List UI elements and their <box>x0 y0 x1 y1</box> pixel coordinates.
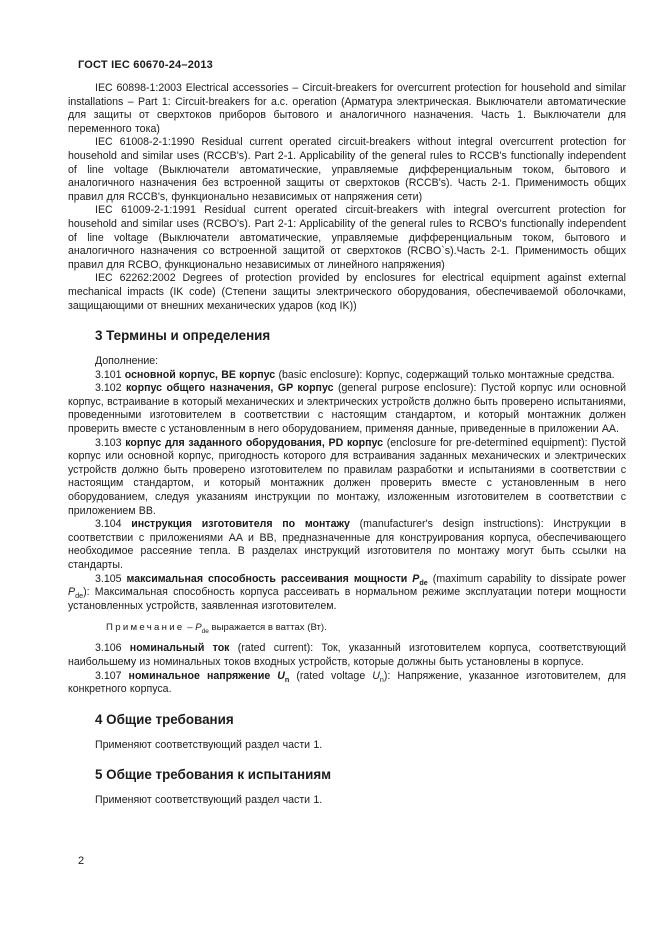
text-run: U <box>372 670 380 682</box>
text-run: 3.106 <box>95 642 130 654</box>
text-run: номинальный ток <box>130 642 230 654</box>
text-run: (basic enclosure): Корпус, содержащий то… <box>275 369 614 381</box>
text-run: 3.103 <box>95 437 125 449</box>
text-run: IEC 61009-2-1:1991 Residual current oper… <box>68 204 626 270</box>
text-run: – <box>185 622 196 633</box>
text-run: de <box>202 628 209 635</box>
paragraph: IEC 61008-2-1:1990 Residual current oper… <box>68 136 626 204</box>
text-block: ГОСТ IEC 60670-24–2013 IEC 60898-1:2003 … <box>68 59 626 808</box>
text-run: корпус для заданного оборудования, PD ко… <box>125 437 383 449</box>
section-heading: 3 Термины и определения <box>95 328 626 344</box>
text-run: 3.107 <box>95 670 129 682</box>
text-run: выражается в ваттах (Вт). <box>209 622 327 633</box>
section-heading: 4 Общие требования <box>95 712 626 728</box>
paragraph: IEC 60898-1:2003 Electrical accessories … <box>68 82 626 136</box>
page-number: 2 <box>78 855 84 868</box>
paragraph: Дополнение: <box>68 355 626 369</box>
paragraph: IEC 62262:2002 Degrees of protection pro… <box>68 272 626 313</box>
document-page: ГОСТ IEC 60670-24–2013 IEC 60898-1:2003 … <box>0 0 661 936</box>
paragraph: Применяют соответствующий раздел части 1… <box>68 739 626 753</box>
note-paragraph: Примечание – Pde выражается в ваттах (Вт… <box>68 622 626 634</box>
text-run: инструкция изготовителя по монтажу <box>131 518 350 530</box>
text-run: Применяют соответствующий раздел части 1… <box>95 739 322 751</box>
text-run: номинальное напряжение <box>129 670 278 682</box>
paragraph: 3.103 корпус для заданного оборудования,… <box>68 437 626 519</box>
text-run: ): Максимальная способность корпуса расс… <box>68 586 626 612</box>
text-run: (maximum capability to dissipate power <box>428 573 626 585</box>
text-run: 3.102 <box>95 382 126 394</box>
page-header-title: ГОСТ IEC 60670-24–2013 <box>78 59 626 72</box>
text-run: Примечание <box>106 622 185 633</box>
text-run: (rated voltage <box>289 670 372 682</box>
section-heading: 5 Общие требования к испытаниям <box>95 767 626 783</box>
text-run: максимальная способность рассеивания мощ… <box>127 573 413 585</box>
text-run: 3.104 <box>95 518 131 530</box>
paragraph: 3.101 основной корпус, BE корпус (basic … <box>68 369 626 383</box>
paragraph: 3.104 инструкция изготовителя по монтажу… <box>68 518 626 572</box>
text-run: IEC 60898-1:2003 Electrical accessories … <box>68 82 626 135</box>
paragraph: Применяют соответствующий раздел части 1… <box>68 794 626 808</box>
text-run: 3.101 <box>95 369 125 381</box>
text-run: Применяют соответствующий раздел части 1… <box>95 794 322 806</box>
text-run: Дополнение: <box>95 355 158 367</box>
text-run: U <box>277 670 285 682</box>
text-run: 3.105 <box>95 573 127 585</box>
text-run: корпус общего назначения, GP корпус <box>126 382 333 394</box>
paragraph: 3.106 номинальный ток (rated current): Т… <box>68 642 626 669</box>
text-run: IEC 62262:2002 Degrees of protection pro… <box>68 272 626 311</box>
text-run: основной корпус, BE корпус <box>125 369 275 381</box>
paragraph: IEC 61009-2-1:1991 Residual current oper… <box>68 204 626 272</box>
paragraph: 3.102 корпус общего назначения, GP корпу… <box>68 382 626 436</box>
paragraph: 3.105 максимальная способность рассеиван… <box>68 573 626 614</box>
text-run: IEC 61008-2-1:1990 Residual current oper… <box>68 136 626 202</box>
document-content: IEC 60898-1:2003 Electrical accessories … <box>68 82 626 808</box>
paragraph: 3.107 номинальное напряжение Un (rated v… <box>68 670 626 697</box>
